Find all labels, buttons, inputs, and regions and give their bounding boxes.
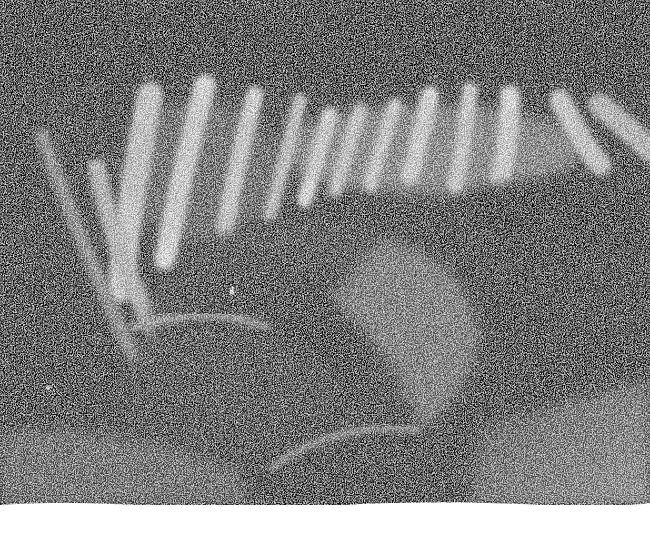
paper-border [0,502,650,533]
halftone-photograph: Grainy black-and-white halftone photogra… [0,0,650,533]
photo-canvas [0,0,650,533]
